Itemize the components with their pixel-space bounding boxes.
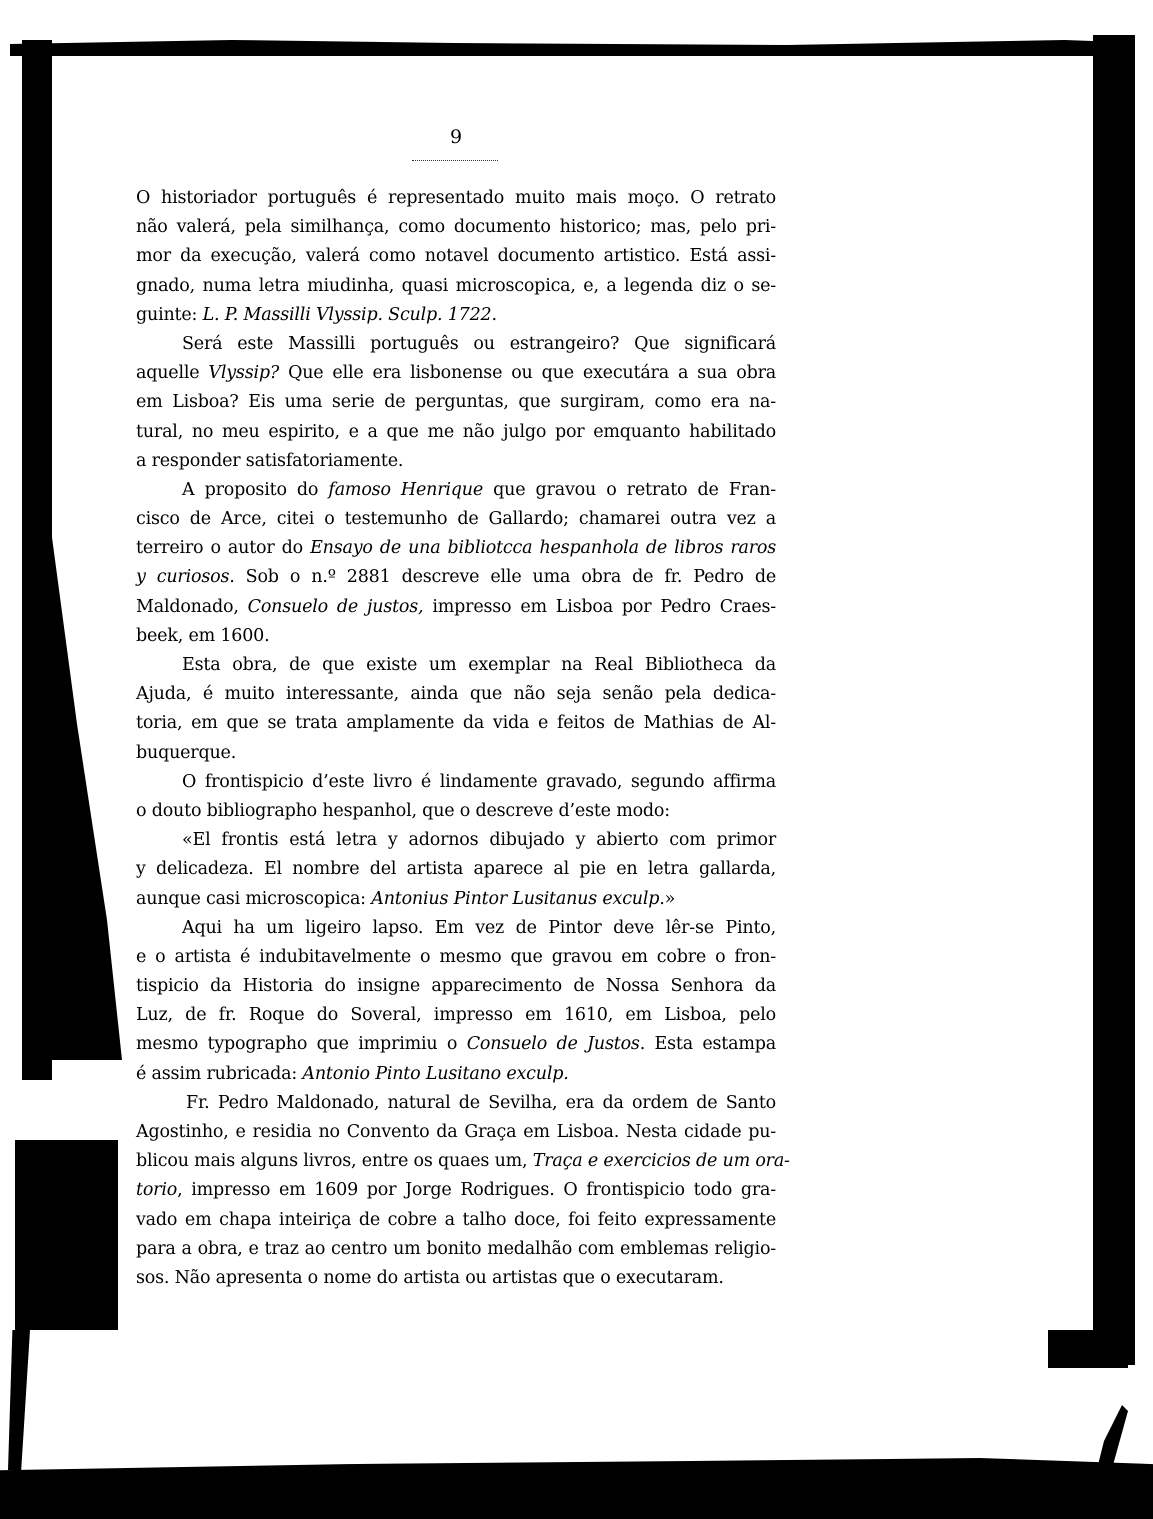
italic-text: Traça e exercicios de um ora- — [533, 1151, 790, 1171]
text-run: tispicio da Historia do insigne appareci… — [136, 976, 776, 996]
text-run: vado em chapa inteiriça de cobre a talho… — [136, 1210, 776, 1230]
text-line: toria, em que se trata amplamente da vid… — [136, 709, 776, 738]
text-line: o douto bibliographo hespanhol, que o de… — [136, 797, 776, 826]
paragraph-p1: O historiador português é representado m… — [136, 184, 776, 330]
paragraph-p4: Esta obra, de que existe um exemplar na … — [136, 651, 776, 768]
text-line: Agostinho, e residia no Convento da Graç… — [136, 1118, 776, 1147]
italic-text: torio — [136, 1180, 177, 1200]
text-run: mesmo typographo que imprimiu o — [136, 1034, 467, 1054]
text-run: beek, em 1600. — [136, 626, 269, 646]
text-run: Luz, de fr. Roque do Soveral, impresso e… — [136, 1005, 776, 1025]
text-run: a responder satisfatoriamente. — [136, 451, 403, 471]
italic-text: Consuelo de justos, — [248, 597, 424, 617]
text-run: . — [492, 305, 497, 325]
text-run: . Esta estampa — [640, 1034, 776, 1054]
text-run: não valerá, pela similhança, como docume… — [136, 217, 776, 237]
scan-edge-top — [10, 36, 1120, 56]
text-line: Será este Massilli português ou estrange… — [136, 330, 776, 359]
text-run: Que elle era lisbonense ou que executára… — [279, 363, 776, 383]
paragraph-p7: Aqui ha um ligeiro lapso. Em vez de Pint… — [136, 914, 776, 1089]
scan-edge-left-block — [15, 1140, 118, 1330]
text-line: beek, em 1600. — [136, 622, 776, 651]
text-run: Fr. Pedro Maldonado, natural de Sevilha,… — [186, 1093, 776, 1113]
text-line: y delicadeza. El nombre del artista apar… — [136, 855, 776, 884]
text-line: tispicio da Historia do insigne appareci… — [136, 972, 776, 1001]
scan-edge-right-block — [1048, 1330, 1128, 1368]
text-line: y curiosos. Sob o n.º 2881 descreve elle… — [136, 563, 776, 592]
text-run: Maldonado, — [136, 597, 248, 617]
text-run: Ajuda, é muito interessante, ainda que n… — [136, 684, 776, 704]
scan-edge-right — [1093, 35, 1135, 1365]
text-line: Aqui ha um ligeiro lapso. Em vez de Pint… — [136, 914, 776, 943]
paragraph-p2: Será este Massilli português ou estrange… — [136, 330, 776, 476]
italic-text: Ensayo de una bibliotcca hespanhola de l… — [310, 538, 776, 558]
text-line: Fr. Pedro Maldonado, natural de Sevilha,… — [136, 1089, 776, 1118]
scan-edge-bottom-right — [1098, 1405, 1128, 1465]
text-line: O frontispicio d’este livro é lindamente… — [136, 768, 776, 797]
italic-text: Antonio Pinto Lusitano exculp. — [302, 1064, 568, 1084]
text-line: não valerá, pela similhança, como docume… — [136, 213, 776, 242]
body-text: O historiador português é representado m… — [136, 184, 776, 1293]
text-line: aquelle Vlyssip? Que elle era lisbonense… — [136, 359, 776, 388]
text-line: mor da execução, valerá como notavel doc… — [136, 242, 776, 271]
paragraph-p6: «El frontis está letra y adornos dibujad… — [136, 826, 776, 914]
text-line: guinte: L. P. Massilli Vlyssip. Sculp. 1… — [136, 301, 776, 330]
text-line: vado em chapa inteiriça de cobre a talho… — [136, 1206, 776, 1235]
text-line: em Lisboa? Eis uma serie de perguntas, q… — [136, 388, 776, 417]
text-run: que gravou o retrato de Fran- — [483, 480, 776, 500]
text-line: sos. Não apresenta o nome do artista ou … — [136, 1264, 776, 1293]
text-run: y delicadeza. El nombre del artista apar… — [136, 859, 776, 879]
text-run: Será este Massilli português ou estrange… — [182, 334, 776, 354]
text-run: blicou mais alguns livros, entre os quae… — [136, 1151, 533, 1171]
text-run: para a obra, e traz ao centro um bonito … — [136, 1239, 776, 1259]
text-line: cisco de Arce, citei o testemunho de Gal… — [136, 505, 776, 534]
italic-text: Vlyssip? — [208, 363, 279, 383]
text-line: Esta obra, de que existe um exemplar na … — [136, 651, 776, 680]
paragraph-p8: Fr. Pedro Maldonado, natural de Sevilha,… — [136, 1089, 776, 1293]
scan-edge-bottom — [0, 1458, 1153, 1519]
paragraph-p3: A proposito do famoso Henrique que gravo… — [136, 476, 776, 651]
text-line: tural, no meu espirito, e a que me não j… — [136, 418, 776, 447]
italic-text: famoso Henrique — [328, 480, 483, 500]
text-line: Ajuda, é muito interessante, ainda que n… — [136, 680, 776, 709]
text-run: em Lisboa? Eis uma serie de perguntas, q… — [136, 392, 776, 412]
text-run: aquelle — [136, 363, 208, 383]
text-line: O historiador português é representado m… — [136, 184, 776, 213]
italic-text: Antonius Pintor Lusitanus exculp. — [371, 889, 664, 909]
text-line: «El frontis está letra y adornos dibujad… — [136, 826, 776, 855]
text-line: blicou mais alguns livros, entre os quae… — [136, 1147, 776, 1176]
text-run: , impresso em 1609 por Jorge Rodrigues. … — [177, 1180, 776, 1200]
italic-text: Consuelo de Justos — [467, 1034, 640, 1054]
text-run: impresso em Lisboa por Pedro Craes- — [423, 597, 776, 617]
text-line: é assim rubricada: Antonio Pinto Lusitan… — [136, 1060, 776, 1089]
text-run: aunque casi microscopica: — [136, 889, 371, 909]
text-run: terreiro o autor do — [136, 538, 310, 558]
text-run: O frontispicio d’este livro é lindamente… — [182, 772, 776, 792]
text-line: buquerque. — [136, 739, 776, 768]
text-line: e o artista é indubitavelmente o mesmo q… — [136, 943, 776, 972]
text-run: e o artista é indubitavelmente o mesmo q… — [136, 947, 776, 967]
header-rule — [412, 160, 498, 161]
text-line: aunque casi microscopica: Antonius Pinto… — [136, 885, 776, 914]
text-line: a responder satisfatoriamente. — [136, 447, 776, 476]
text-run: gnado, numa letra miudinha, quasi micros… — [136, 276, 776, 296]
text-run: sos. Não apresenta o nome do artista ou … — [136, 1268, 724, 1288]
text-run: Esta obra, de que existe um exemplar na … — [182, 655, 776, 675]
text-run: cisco de Arce, citei o testemunho de Gal… — [136, 509, 776, 529]
page-number: 9 — [446, 126, 466, 148]
text-run: tural, no meu espirito, e a que me não j… — [136, 422, 776, 442]
text-line: mesmo typographo que imprimiu o Consuelo… — [136, 1030, 776, 1059]
text-run: «El frontis está letra y adornos dibujad… — [182, 830, 776, 850]
text-line: Maldonado, Consuelo de justos, impresso … — [136, 593, 776, 622]
text-run: Agostinho, e residia no Convento da Graç… — [136, 1122, 776, 1142]
text-line: terreiro o autor do Ensayo de una biblio… — [136, 534, 776, 563]
text-run: O historiador português é representado m… — [136, 188, 776, 208]
text-run: » — [665, 889, 676, 909]
text-run: guinte: — [136, 305, 203, 325]
italic-text: y curiosos — [136, 567, 229, 587]
scan-edge-left-shadow — [22, 500, 122, 1060]
text-run: A proposito do — [182, 480, 328, 500]
text-run: toria, em que se trata amplamente da vid… — [136, 713, 776, 733]
text-line: gnado, numa letra miudinha, quasi micros… — [136, 272, 776, 301]
italic-text: L. P. Massilli Vlyssip. Sculp. 1722 — [203, 305, 492, 325]
text-line: torio, impresso em 1609 por Jorge Rodrig… — [136, 1176, 776, 1205]
text-run: é assim rubricada: — [136, 1064, 302, 1084]
text-run: o douto bibliographo hespanhol, que o de… — [136, 801, 670, 821]
text-run: . Sob o n.º 2881 descreve elle uma obra … — [229, 567, 776, 587]
text-run: mor da execução, valerá como notavel doc… — [136, 246, 776, 266]
text-run: buquerque. — [136, 743, 236, 763]
scan-edge-left-lower — [8, 1330, 30, 1470]
text-line: A proposito do famoso Henrique que gravo… — [136, 476, 776, 505]
text-line: para a obra, e traz ao centro um bonito … — [136, 1235, 776, 1264]
text-line: Luz, de fr. Roque do Soveral, impresso e… — [136, 1001, 776, 1030]
text-run: Aqui ha um ligeiro lapso. Em vez de Pint… — [182, 918, 776, 938]
paragraph-p5: O frontispicio d’este livro é lindamente… — [136, 768, 776, 826]
